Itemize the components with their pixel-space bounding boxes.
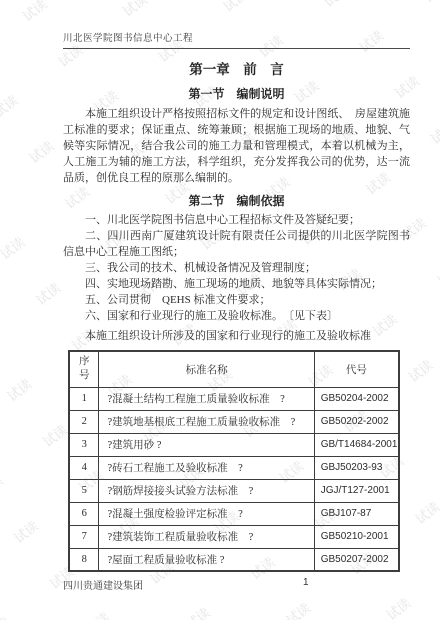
standard-code-cell: GBJ50203-93: [314, 456, 399, 479]
reference-item: 六、国家和行业现行的施工及验收标准。 〔见下表〕: [63, 308, 410, 324]
standard-name-cell: ?建筑用砂 ?: [99, 433, 314, 456]
standard-name-cell: ?砖石工程施工及验收标准 ?: [99, 456, 314, 479]
row-number-cell: 5: [69, 479, 99, 502]
footer-company: 四川贵通建设集团: [63, 581, 143, 592]
table-row: 4 ?砖石工程施工及验收标准 ? GBJ50203-93: [69, 456, 399, 479]
table-row: 8 ?屋面工程质量验收标准 ? GB50207-2002: [69, 548, 399, 571]
standard-name-cell: ?钢筋焊接接头试验方法标准 ?: [99, 479, 314, 502]
col-header-code: 代号: [314, 351, 399, 387]
reference-item: 四、实地现场踏勘、施工现场的地质、地貌等具体实际情况；: [63, 276, 410, 292]
standard-code-cell: GB50207-2002: [314, 548, 399, 571]
reference-item: 三、我公司的技术、机械设备情况及管理制度；: [63, 260, 410, 276]
standard-name-cell: ?混凝土结构工程施工质量验收标准 ?: [99, 387, 314, 410]
standard-name-cell: ?建筑地基根底工程施工质量验收标准 ?: [99, 410, 314, 433]
page-content: 川北医学院图书信息中心工程 第一章 前 言 第一节 编制说明 本施工组织设计严格…: [0, 0, 440, 620]
header-title: 川北医学院图书信息中心工程: [63, 34, 193, 44]
chapter-title: 第一章 前 言: [63, 58, 410, 78]
page-footer: 四川贵通建设集团 1: [63, 577, 410, 592]
row-number-cell: 6: [69, 502, 99, 525]
row-number-cell: 2: [69, 410, 99, 433]
table-row: 3 ?建筑用砂 ? GB/T14684-2001: [69, 433, 399, 456]
table-row: 5 ?钢筋焊接接头试验方法标准 ? JGJ/T127-2001: [69, 479, 399, 502]
standard-code-cell: GB50202-2002: [314, 410, 399, 433]
table-row: 2 ?建筑地基根底工程施工质量验收标准 ? GB50202-2002: [69, 410, 399, 433]
body-paragraph: 本施工组织设计严格按照招标文件的规定和设计图纸、 房屋建筑施工标准的要求；保证重…: [63, 106, 410, 186]
standard-code-cell: GB50210-2001: [314, 525, 399, 548]
standard-code-cell: GB/T14684-2001: [314, 433, 399, 456]
reference-list: 一、川北医学院图书信息中心工程招标文件及答疑纪要； 二、四川西南广厦建筑设计院有…: [63, 212, 410, 324]
section-title-2: 第二节 编制依据: [63, 192, 410, 209]
standard-name-cell: ?混凝土强度检验评定标准 ?: [99, 502, 314, 525]
document-page: 试读 川北医学院图书信息中心工程 第一章 前 言 第一节 编制说明 本施工组织设…: [0, 0, 440, 620]
table-row: 6 ?混凝土强度检验评定标准 ? GBJ107-87: [69, 502, 399, 525]
row-number-cell: 7: [69, 525, 99, 548]
table-caption: 本施工组织设计所涉及的国家和行业现行的施工及验收标准: [63, 328, 410, 344]
row-number-cell: 4: [69, 456, 99, 479]
table-row: 1 ?混凝土结构工程施工质量验收标准 ? GB50204-2002: [69, 387, 399, 410]
row-number-cell: 3: [69, 433, 99, 456]
standard-code-cell: JGJ/T127-2001: [314, 479, 399, 502]
reference-item: 一、川北医学院图书信息中心工程招标文件及答疑纪要；: [63, 212, 410, 228]
standard-name-cell: ?建筑装饰工程质量验收标准 ?: [99, 525, 314, 548]
section-title-1: 第一节 编制说明: [63, 85, 410, 102]
standard-code-cell: GB50204-2002: [314, 387, 399, 410]
standard-code-cell: GBJ107-87: [314, 502, 399, 525]
table-row: 7 ?建筑装饰工程质量验收标准 ? GB50210-2001: [69, 525, 399, 548]
reference-item: 五、公司贯彻 QEHS 标准文件要求；: [63, 292, 410, 308]
table-header-row: 序号 标准名称 代号: [69, 351, 399, 387]
page-header: 川北医学院图书信息中心工程: [63, 30, 410, 49]
row-number-cell: 8: [69, 548, 99, 571]
row-number-cell: 1: [69, 387, 99, 410]
page-number: 1: [303, 577, 309, 588]
standard-name-cell: ?屋面工程质量验收标准 ?: [99, 548, 314, 571]
col-header-no: 序号: [69, 351, 99, 387]
standards-table: 序号 标准名称 代号 1 ?混凝土结构工程施工质量验收标准 ? GB50204-…: [68, 350, 400, 572]
col-header-name: 标准名称: [99, 351, 314, 387]
reference-item: 二、四川西南广厦建筑设计院有限责任公司提供的川北医学院图书信息中心工程施工图纸；: [63, 228, 410, 260]
